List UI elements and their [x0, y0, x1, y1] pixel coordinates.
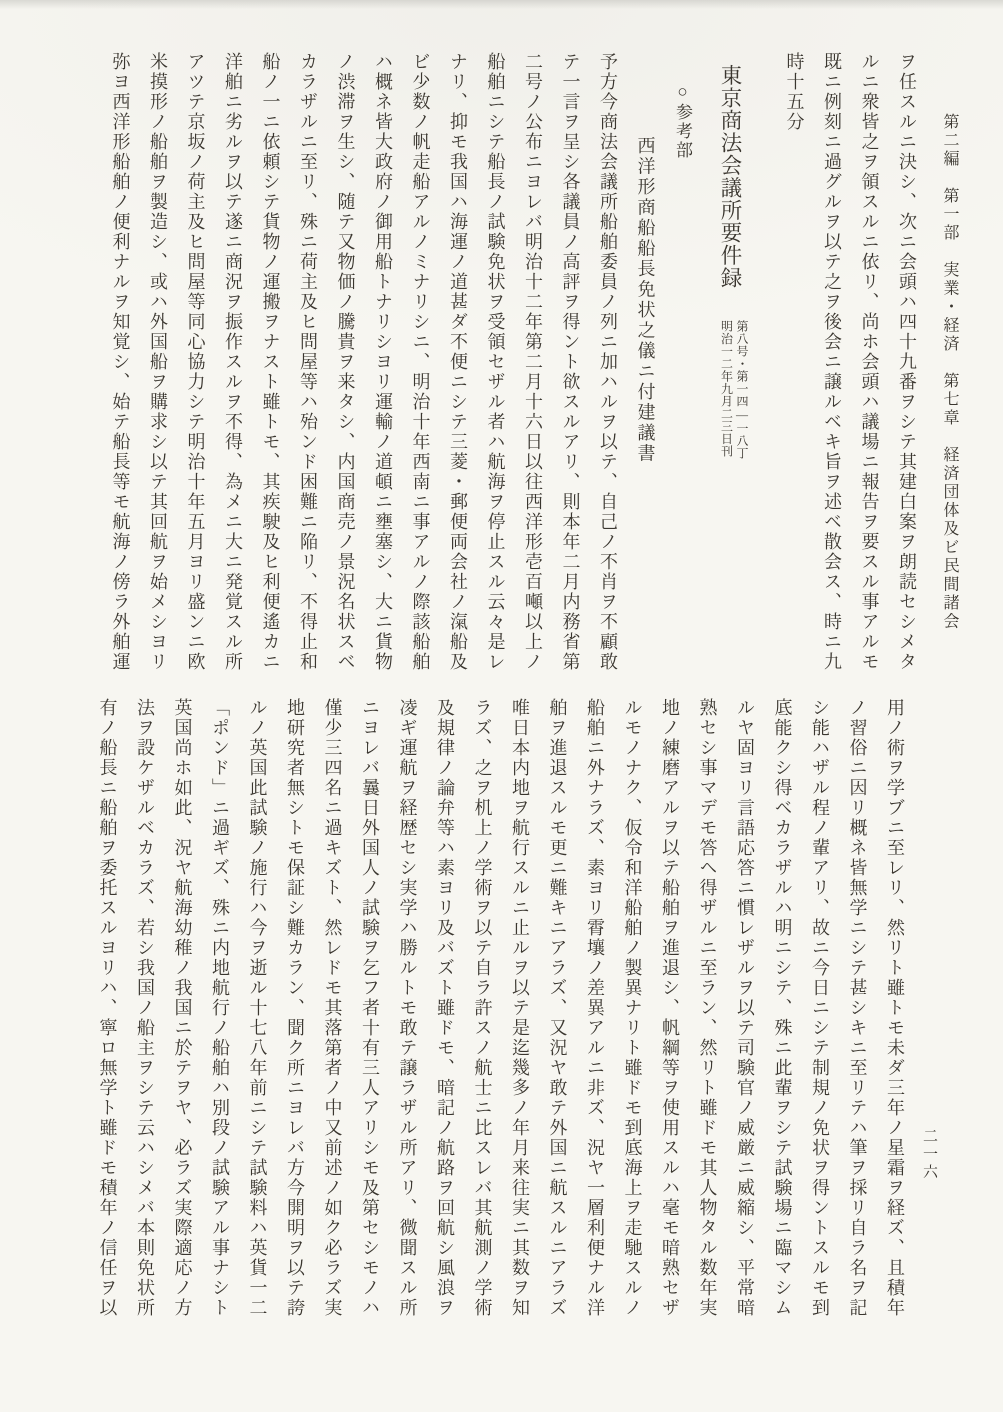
petition-column: ルノ英国此試験ノ施行ハ今ヲ逝ル十七八年前ニシテ試験料ハ英貨一二 — [238, 698, 276, 1308]
petition-column: 凌ギ運航ヲ経歴セシ実学ハ勝ルトモ敢テ譲ラザル所アリ、微聞スル所 — [388, 698, 426, 1308]
petition-column: ニヨレバ曩日外国人ノ試験ヲ乞フ者十有三人アリシモ及第セシモノハ — [351, 698, 389, 1308]
petition-column: 用ノ術ヲ学ブニ至レリ、然リト雖トモ未ダ三年ノ星霜ヲ経ズ、且積年 — [876, 698, 914, 1308]
petition-column: 予方今商法会議所船舶委員ノ列ニ加ハルヲ以テ、自己ノ不肖ヲ不顧敢 — [589, 52, 627, 666]
petition-column: 米摸形ノ船舶ヲ製造シ、或ハ外国船ヲ購求シ以テ其回航ヲ始メシヨリ — [139, 52, 177, 666]
petition-column: 洋舶ニ劣ルヲ以テ遂ニ商況ヲ振作スルヲ不得、為メニ大ニ発覚スル所 — [214, 52, 252, 666]
petition-column: 地ノ練磨アルヲ以テ船舶ヲ進退シ、帆綱等ヲ使用スルハ毫モ暗熟セザ — [651, 698, 689, 1308]
petition-column: テ一言ヲ呈シ各議員ノ高評ヲ得ント欲スルアリ、則本年二月内務省第 — [551, 52, 589, 666]
page-number: 二一六 — [919, 1128, 940, 1182]
minutes-column: ルニ衆皆之ヲ領スルニ依リ、尚ホ会頭ハ議場ニ報告ヲ要スル事アルモ — [850, 52, 888, 666]
petition-column: ルモノナク、仮令和洋船舶ノ製異ナリト雖ドモ到底海上ヲ走馳スルノ — [613, 698, 651, 1308]
running-head: 第二編 第一部 実業・経済 第七章 経済団体及ビ民間諸会 — [938, 113, 961, 631]
section-label: ○参考部 — [664, 52, 702, 666]
minutes-column: 既ニ例刻ニ過グルヲ以テ之ヲ後会ニ譲ルベキ旨ヲ述ベ散会ス、時ニ九 — [813, 52, 851, 666]
petition-column: 英国尚ホ如此、況ヤ航海幼稚ノ我国ニ於テヲヤ、必ラズ実際適応ノ方 — [163, 698, 201, 1308]
petition-column: ノ渋滞ヲ生シ、随テ又物価ノ騰貴ヲ来タシ、内国商売ノ景況名状スベ — [326, 52, 364, 666]
petition-column: ルヤ固ヨリ言語応答ニ慣レザルヲ以テ司験官ノ威厳ニ威縮シ、平常暗 — [726, 698, 764, 1308]
source-heading-cell: 東京商法会議所要件録 第八号・第一四—一八丁 明治一二年九月二三日刊 — [707, 52, 753, 666]
top-text-block: ヲ任スルニ決シ、次ニ会頭ハ四十九番ヲシテ其建白案ヲ朗読セシメタ ルニ衆皆之ヲ領ス… — [101, 52, 925, 666]
petition-column: 地研究者無シトモ保証シ難カラン、聞ク所ニヨレバ方今開明ヲ以テ誇 — [276, 698, 314, 1308]
petition-column: 僅少三四名ニ過キズト、然レドモ其落第者ノ中又前述ノ如ク必ラズ実 — [313, 698, 351, 1308]
petition-column: 底能クシ得ベカラザルハ明ニシテ、殊ニ此輩ヲシテ試験場ニ臨マシム — [763, 698, 801, 1308]
petition-column: 弥ヨ西洋形船舶ノ便利ナルヲ知覚シ、始テ船長等モ航海ノ傍ラ外舶運 — [101, 52, 139, 666]
minutes-column: ヲ任スルニ決シ、次ニ会頭ハ四十九番ヲシテ其建白案ヲ朗読セシメタ — [888, 52, 926, 666]
petition-column: 法ヲ設ケザルベカラズ、若シ我国ノ船主ヲシテ云ハシメバ本則免状所 — [126, 698, 164, 1308]
petition-column: 「ポンド」ニ過ギズ、殊ニ内地航行ノ船舶ハ別段ノ試験アル事ナシト — [201, 698, 239, 1308]
petition-column: 船ノ一ニ依頼シテ貨物ノ運搬ヲナスト雖トモ、其疾駛及ヒ利便遙カニ — [251, 52, 289, 666]
petition-column: 有ノ船長ニ船舶ヲ委托スルヨリハ、寧ロ無学ト雖ドモ積年ノ信任ヲ以 — [88, 698, 126, 1308]
petition-column: 舶ヲ進退スルモ更ニ難キニアラズ、又況ヤ敢テ外国ニ航スルニアラズ — [538, 698, 576, 1308]
petition-column: ハ概ネ皆大政府ノ御用船トナリシヨリ運輸ノ道頓ニ壅塞シ、大ニ貨物 — [364, 52, 402, 666]
petition-column: カラザルニ至リ、殊ニ荷主及ヒ問屋等ハ殆ンド困難ニ陥リ、不得止和 — [289, 52, 327, 666]
petition-column: 船舶ニシテ船長ノ試験免状ヲ受領セザル者ハ航海ヲ停止スル云々是レ — [476, 52, 514, 666]
petition-column: 船舶ニ外ナラズ、素ヨリ霄壤ノ差異アルニ非ズ、況ヤ一層利便ナル洋 — [576, 698, 614, 1308]
petition-column: 熟セシ事マデモ答ヘ得ザルニ至ラン、然リト雖ドモ其人物タル数年実 — [688, 698, 726, 1308]
source-date: 明治一二年九月二三日刊 — [718, 320, 734, 460]
petition-column: ラズ、之ヲ机上ノ学術ヲ以テ自ラ許スノ航士ニ比スレバ其航測ノ学術 — [463, 698, 501, 1308]
publication-info: 第八号・第一四—一八丁 明治一二年九月二三日刊 — [718, 320, 749, 460]
petition-column: 二号ノ公布ニヨレバ明治十二年第二月十六日以往西洋形壱百噸以上ノ — [514, 52, 552, 666]
minutes-column: 時十五分 — [775, 52, 813, 666]
source-issue: 第八号・第一四—一八丁 — [734, 320, 750, 460]
petition-column: 及規律ノ論弁等ハ素ヨリ及バズト雖ドモ、暗記ノ航路ヲ回航シ風浪ヲ — [426, 698, 464, 1308]
bottom-text-block: 用ノ術ヲ学ブニ至レリ、然リト雖トモ未ダ三年ノ星霜ヲ経ズ、且積年 ノ習俗ニ因リ概ネ… — [88, 698, 913, 1308]
petition-column: シ能ハザル程ノ輩アリ、故ニ今日ニシテ制規ノ免状ヲ得ントスルモ到 — [801, 698, 839, 1308]
scanned-page: 第二編 第一部 実業・経済 第七章 経済団体及ビ民間諸会 ヲ任スルニ決シ、次ニ会… — [0, 0, 1003, 1412]
document-title: 西洋形商船船長免状之儀ニ付建議書 — [626, 52, 664, 666]
petition-column: アツテ京坂ノ荷主及ヒ問屋等同心協力シテ明治十年五月ヨリ盛ンニ欧 — [176, 52, 214, 666]
petition-column: 唯日本内地ヲ航行スルニ止ルヲ以テ是迄幾多ノ年月来往実ニ其数ヲ知 — [501, 698, 539, 1308]
petition-column: ビ少数ノ帆走船アルノミナリシニ、明治十年西南ニ事アルノ際該船舶 — [401, 52, 439, 666]
petition-column: ナリ、抑モ我国ハ海運ノ道甚ダ不便ニシテ三菱・郵便両会社ノ滊船及 — [439, 52, 477, 666]
petition-column: ノ習俗ニ因リ概ネ皆無学ニシテ甚シキニ至リテハ筆ヲ採リ自ラ名ヲ記 — [838, 698, 876, 1308]
